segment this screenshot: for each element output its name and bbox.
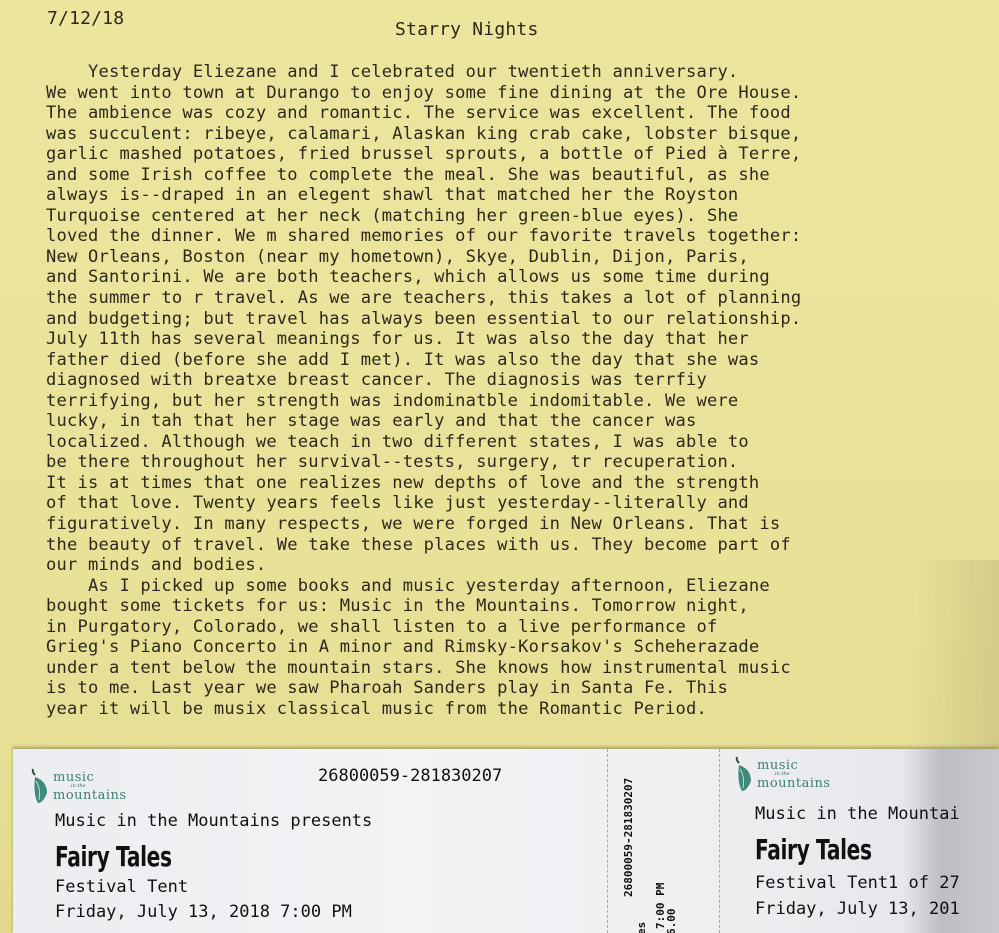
second-ticket-venue: Festival Tent1 of 27 — [755, 873, 960, 893]
perforation-line — [607, 749, 608, 933]
journal-line: the summer to r travel. As we are teache… — [46, 288, 976, 309]
journal-title: Starry Nights — [395, 19, 538, 40]
journal-line: terrifying, but her strength was indomin… — [46, 391, 976, 412]
journal-line: New Orleans, Boston (near my hometown), … — [46, 247, 976, 268]
journal-line: year it will be musix classical music fr… — [46, 699, 976, 720]
journal-line: and budgeting; but travel has always bee… — [46, 309, 976, 330]
feather-leaf-icon — [733, 755, 755, 793]
journal-line: bought some tickets for us: Music in the… — [46, 596, 976, 617]
journal-line: We went into town at Durango to enjoy so… — [46, 83, 976, 104]
journal-body: Yesterday Eliezane and I celebrated our … — [46, 62, 976, 720]
journal-date: 7/12/18 — [47, 8, 124, 29]
music-in-the-mountains-logo: music in the mountains — [733, 755, 831, 793]
journal-line: It is at times that one realizes new dep… — [46, 473, 976, 494]
journal-line: the beauty of travel. We take these plac… — [46, 535, 976, 556]
ticket-venue: Festival Tent — [55, 877, 188, 897]
journal-line: July 11th has several meanings for us. I… — [46, 329, 976, 350]
journal-line: Turquoise centered at her neck (matching… — [46, 206, 976, 227]
journal-line: loved the dinner. We m shared memories o… — [46, 226, 976, 247]
journal-line: father died (before she add I met). It w… — [46, 350, 976, 371]
journal-line: and Santorini. We are both teachers, whi… — [46, 267, 976, 288]
journal-line: be there throughout her survival--tests,… — [46, 452, 976, 473]
journal-line: of that love. Twenty years feels like ju… — [46, 493, 976, 514]
ticket-presenter: Music in the Mountains presents — [55, 811, 372, 831]
journal-line: our minds and bodies. — [46, 555, 976, 576]
stub-partial-text: es — [635, 922, 648, 933]
journal-line: The ambience was cozy and romantic. The … — [46, 103, 976, 124]
second-ticket-show-title: Fairy Tales — [755, 833, 872, 866]
second-ticket-datetime: Friday, July 13, 201 — [755, 899, 960, 919]
journal-line: diagnosed with breatxe breast cancer. Th… — [46, 370, 976, 391]
journal-line: Yesterday Eliezane and I celebrated our … — [46, 62, 976, 83]
ticket-datetime: Friday, July 13, 2018 7:00 PM — [55, 902, 352, 922]
ticket-show-title: Fairy Tales — [55, 840, 172, 873]
music-in-the-mountains-logo: music in the mountains — [29, 767, 127, 805]
journal-line: was succulent: ribeye, calamari, Alaskan… — [46, 124, 976, 145]
journal-line: localized. Although we teach in two diff… — [46, 432, 976, 453]
stub-price: 6.00 — [665, 909, 678, 933]
stub-ticket-number: 26800059-281830207 — [622, 778, 635, 897]
journal-line: figuratively. In many respects, we were … — [46, 514, 976, 535]
journal-line: Grieg's Piano Concerto in A minor and Ri… — [46, 637, 976, 658]
journal-line: is to me. Last year we saw Pharoah Sande… — [46, 678, 976, 699]
feather-leaf-icon — [29, 767, 51, 805]
journal-line: garlic mashed potatoes, fried brussel sp… — [46, 144, 976, 165]
perforation-line — [719, 749, 720, 933]
journal-line: and some Irish coffee to complete the me… — [46, 165, 976, 186]
journal-line: always is--draped in an elegent shawl th… — [46, 185, 976, 206]
journal-line: in Purgatory, Colorado, we shall listen … — [46, 617, 976, 638]
ticket-number: 26800059-281830207 — [318, 766, 502, 786]
journal-line: under a tent below the mountain stars. S… — [46, 658, 976, 679]
journal-line: As I picked up some books and music yest… — [46, 576, 976, 597]
journal-line: lucky, in tah that her stage was early a… — [46, 411, 976, 432]
concert-ticket: music in the mountains 26800059-28183020… — [13, 749, 999, 933]
second-ticket-presenter: Music in the Mountai — [755, 804, 960, 824]
